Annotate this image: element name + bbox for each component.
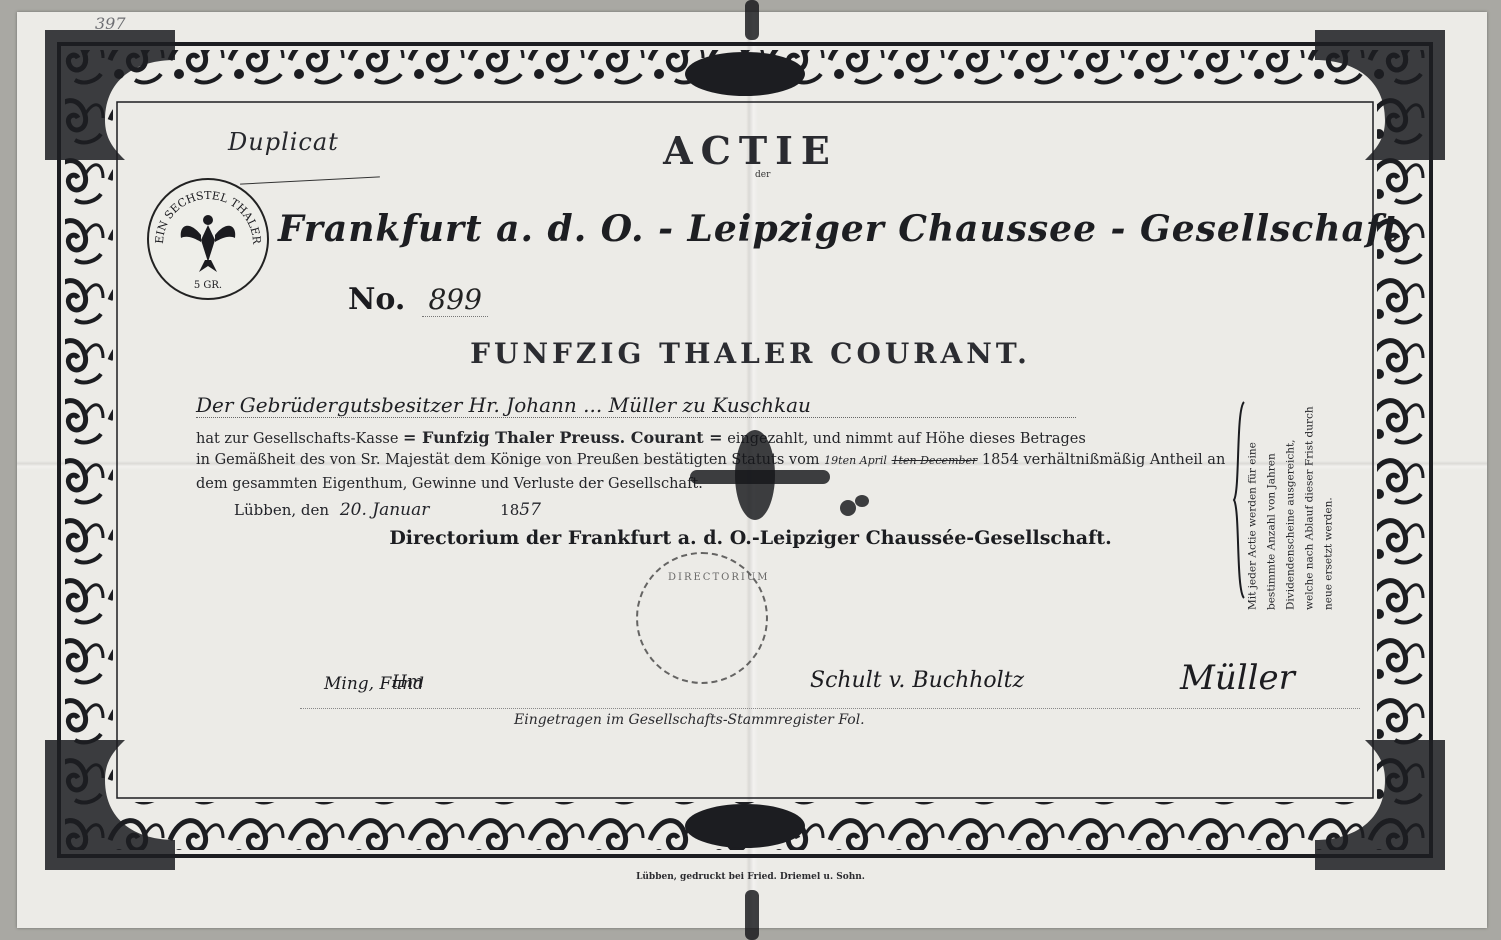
signature-line: Ming, Fund Hm Schult v. Buchholtz Müller [300,668,1360,709]
place: Lübben, den [234,501,329,519]
company-name: Frankfurt a. d. O. - Leipziger Chaussee … [278,208,1414,250]
side-note: Mit jeder Actie werden für eine bestimmt… [1236,400,1346,610]
body-line-2: in Gemäßheit des von Sr. Majestät dem Kö… [196,452,1236,468]
body-line-2-pre: in Gemäßheit des von Sr. Majestät dem Kö… [196,452,820,468]
signature-3: Schult v. Buchholtz [810,668,1024,693]
printer-line: Lübben, gedruckt bei Fried. Driemel u. S… [0,872,1501,882]
statute-date-top: 19ten April [824,454,887,467]
seal-text: DIRECTORIUM [668,572,769,583]
amount-heading: FUNFZIG THALER COURANT. [0,337,1501,370]
year-handwritten: 57 [519,500,541,520]
body-amount: = Funfzig Thaler Preuss. Courant = [403,428,723,447]
ink-stain [690,470,830,484]
ink-stain [745,890,759,940]
number-label: No. [348,282,405,317]
certificate-number: No. 899 [348,282,488,317]
title-connector: der [755,170,770,180]
certificate-title: ACTIE [0,128,1501,173]
year-printed: 18 [500,501,519,519]
body-line-1-post: eingezahlt, und nimmt auf Höhe dieses Be… [727,431,1086,447]
place-date: Lübben, den 20. Januar 1857 [234,500,541,520]
number-value: 899 [422,283,487,317]
company-seal: DIRECTORIUM [636,552,768,684]
signature-2: Hm [392,672,423,692]
statute-date-bottom: 1ten December [892,454,978,467]
statute-year: 1854 [982,452,1019,468]
handwritten-date: 20. Januar [340,500,430,520]
stamp-bottom-text: 5 GR. [194,280,222,291]
ink-stain [745,0,759,40]
ink-stain [840,500,856,516]
body-line-1-pre: hat zur Gesellschafts-Kasse [196,431,398,447]
holder-line: Der Gebrüdergutsbesitzer Hr. Johann ... … [196,393,1076,418]
body-line-1: hat zur Gesellschafts-Kasse = Funfzig Th… [196,428,1236,447]
ink-stain [855,495,869,507]
body-line-2-post: verhältnißmäßig Antheil an [1023,452,1225,468]
side-note-text: Mit jeder Actie werden für eine bestimmt… [1244,400,1339,610]
register-line: Eingetragen im Gesellschafts-Stammregist… [514,712,865,728]
prussian-eagle-icon: EIN SECHSTEL THALER 5 GR. [149,180,267,298]
tax-stamp: EIN SECHSTEL THALER 5 GR. [147,178,269,300]
signature-4: Müller [1180,658,1295,698]
